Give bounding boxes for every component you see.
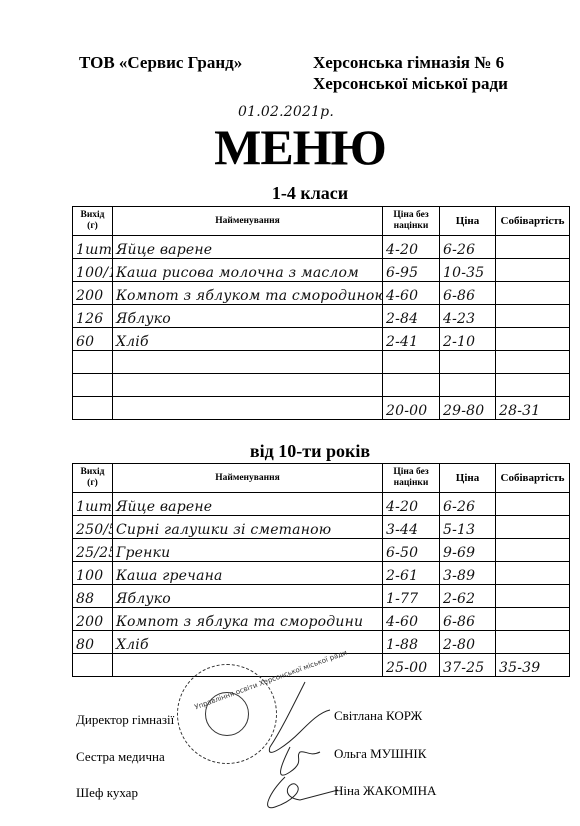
- cell-cost: [496, 608, 570, 631]
- cell-output: 88: [73, 585, 113, 608]
- cell-cost: [496, 351, 570, 374]
- signature-scribbles-icon: [250, 672, 340, 822]
- cell-price: 2-62: [440, 585, 496, 608]
- col-cost: Собівартість: [496, 207, 570, 236]
- cell-cost: [496, 585, 570, 608]
- total-empty: [73, 654, 113, 677]
- company-name: ТОВ «Сервис Гранд»: [79, 52, 242, 73]
- cell-output: 100: [73, 562, 113, 585]
- table-row: 100/10Каша рисова молочна з маслом6-9510…: [73, 259, 570, 282]
- cell-name: Гренки: [113, 539, 383, 562]
- cell-price-no-markup: [383, 351, 440, 374]
- cell-name: [113, 351, 383, 374]
- cell-cost: [496, 493, 570, 516]
- col-name: Найменування: [113, 207, 383, 236]
- cell-price-no-markup: 2-84: [383, 305, 440, 328]
- table-row: 88Яблуко1-772-62: [73, 585, 570, 608]
- cell-cost: [496, 282, 570, 305]
- col-price: Ціна: [440, 207, 496, 236]
- cell-name: Каша рисова молочна з маслом: [113, 259, 383, 282]
- signature-role-chef: Шеф кухар: [76, 785, 138, 801]
- cell-price: 6-26: [440, 236, 496, 259]
- cell-price: [440, 374, 496, 397]
- cell-name: Хліб: [113, 328, 383, 351]
- cell-price-no-markup: 2-41: [383, 328, 440, 351]
- total-price: 37-25: [440, 654, 496, 677]
- school-name: Херсонська гімназія № 6: [313, 52, 504, 73]
- cell-price: 10-35: [440, 259, 496, 282]
- table-row: 1штЯйце варене4-206-26: [73, 493, 570, 516]
- cell-cost: [496, 631, 570, 654]
- cell-output: 80: [73, 631, 113, 654]
- cell-cost: [496, 305, 570, 328]
- cell-price-no-markup: 4-20: [383, 493, 440, 516]
- cell-price-no-markup: 6-50: [383, 539, 440, 562]
- col-price: Ціна: [440, 464, 496, 493]
- col-price-no-markup: Ціна без націнки: [383, 464, 440, 493]
- cell-name: Каша гречана: [113, 562, 383, 585]
- cell-cost: [496, 562, 570, 585]
- cell-price: 9-69: [440, 539, 496, 562]
- school-council: Херсонської міської ради: [313, 73, 508, 94]
- cell-price-no-markup: 3-44: [383, 516, 440, 539]
- total-empty: [113, 397, 383, 420]
- signature-name-chef: Ніна ЖАКОМІНА: [334, 783, 436, 799]
- table-row: 25/25Гренки6-509-69: [73, 539, 570, 562]
- table-row: 80Хліб1-882-80: [73, 631, 570, 654]
- cell-price-no-markup: 2-61: [383, 562, 440, 585]
- total-price-no-markup: 20-00: [383, 397, 440, 420]
- cell-price: 6-86: [440, 608, 496, 631]
- cell-cost: [496, 539, 570, 562]
- cell-name: Яблуко: [113, 305, 383, 328]
- cell-price: 6-86: [440, 282, 496, 305]
- col-name: Найменування: [113, 464, 383, 493]
- signature-name-nurse: Ольга МУШНІК: [334, 746, 426, 762]
- total-empty: [73, 397, 113, 420]
- cell-price-no-markup: 1-77: [383, 585, 440, 608]
- cell-cost: [496, 516, 570, 539]
- cell-price-no-markup: 1-88: [383, 631, 440, 654]
- col-cost: Собівартість: [496, 464, 570, 493]
- cell-output: 100/10: [73, 259, 113, 282]
- cell-name: Сирні галушки зі сметаною: [113, 516, 383, 539]
- cell-name: Яйце варене: [113, 493, 383, 516]
- col-output: Вихід (г): [73, 464, 113, 493]
- cell-output: 200: [73, 282, 113, 305]
- cell-price-no-markup: 6-95: [383, 259, 440, 282]
- cell-price-no-markup: 4-60: [383, 608, 440, 631]
- cell-price-no-markup: 4-60: [383, 282, 440, 305]
- cell-price: 6-26: [440, 493, 496, 516]
- total-price-no-markup: 25-00: [383, 654, 440, 677]
- cell-price: 5-13: [440, 516, 496, 539]
- section-title-age-10-plus: від 10-ти років: [0, 441, 580, 462]
- cell-name: Яйце варене: [113, 236, 383, 259]
- section-title-grades-1-4: 1-4 класи: [0, 183, 580, 204]
- cell-output: [73, 374, 113, 397]
- cell-cost: [496, 236, 570, 259]
- signature-name-director: Світлана КОРЖ: [334, 708, 422, 724]
- cell-output: 126: [73, 305, 113, 328]
- cell-price: 2-10: [440, 328, 496, 351]
- cell-cost: [496, 259, 570, 282]
- menu-table-age-10-plus: Вихід (г) Найменування Ціна без націнки …: [72, 463, 570, 677]
- totals-row: 20-0029-8028-31: [73, 397, 570, 420]
- menu-date: 01.02.2021р.: [238, 104, 334, 120]
- cell-output: 60: [73, 328, 113, 351]
- cell-output: 250/5: [73, 516, 113, 539]
- table-row: 1штЯйце варене4-206-26: [73, 236, 570, 259]
- cell-price: 3-89: [440, 562, 496, 585]
- table-row: 60Хліб2-412-10: [73, 328, 570, 351]
- total-cost: 35-39: [496, 654, 570, 677]
- col-output: Вихід (г): [73, 207, 113, 236]
- cell-cost: [496, 374, 570, 397]
- table-row: 126Яблуко2-844-23: [73, 305, 570, 328]
- page-title: МЕНЮ: [0, 119, 580, 175]
- cell-output: 1шт: [73, 236, 113, 259]
- cell-output: 1шт: [73, 493, 113, 516]
- cell-price: [440, 351, 496, 374]
- table-row: 200Компот з яблуком та смородиною4-606-8…: [73, 282, 570, 305]
- cell-name: Яблуко: [113, 585, 383, 608]
- cell-price-no-markup: [383, 374, 440, 397]
- table-row: [73, 374, 570, 397]
- signature-role-director: Директор гімназії: [76, 712, 174, 728]
- table-row: [73, 351, 570, 374]
- cell-price: 2-80: [440, 631, 496, 654]
- menu-table-grades-1-4: Вихід (г) Найменування Ціна без націнки …: [72, 206, 570, 420]
- signature-role-nurse: Сестра медична: [76, 749, 165, 765]
- cell-output: [73, 351, 113, 374]
- table-row: 100Каша гречана2-613-89: [73, 562, 570, 585]
- table-row: 200Компот з яблука та смородини4-606-86: [73, 608, 570, 631]
- cell-output: 25/25: [73, 539, 113, 562]
- cell-name: Компот з яблуком та смородиною: [113, 282, 383, 305]
- cell-name: Компот з яблука та смородини: [113, 608, 383, 631]
- total-price: 29-80: [440, 397, 496, 420]
- cell-output: 200: [73, 608, 113, 631]
- cell-price: 4-23: [440, 305, 496, 328]
- cell-name: [113, 374, 383, 397]
- cell-cost: [496, 328, 570, 351]
- total-cost: 28-31: [496, 397, 570, 420]
- col-price-no-markup: Ціна без націнки: [383, 207, 440, 236]
- cell-price-no-markup: 4-20: [383, 236, 440, 259]
- table-row: 250/5Сирні галушки зі сметаною3-445-13: [73, 516, 570, 539]
